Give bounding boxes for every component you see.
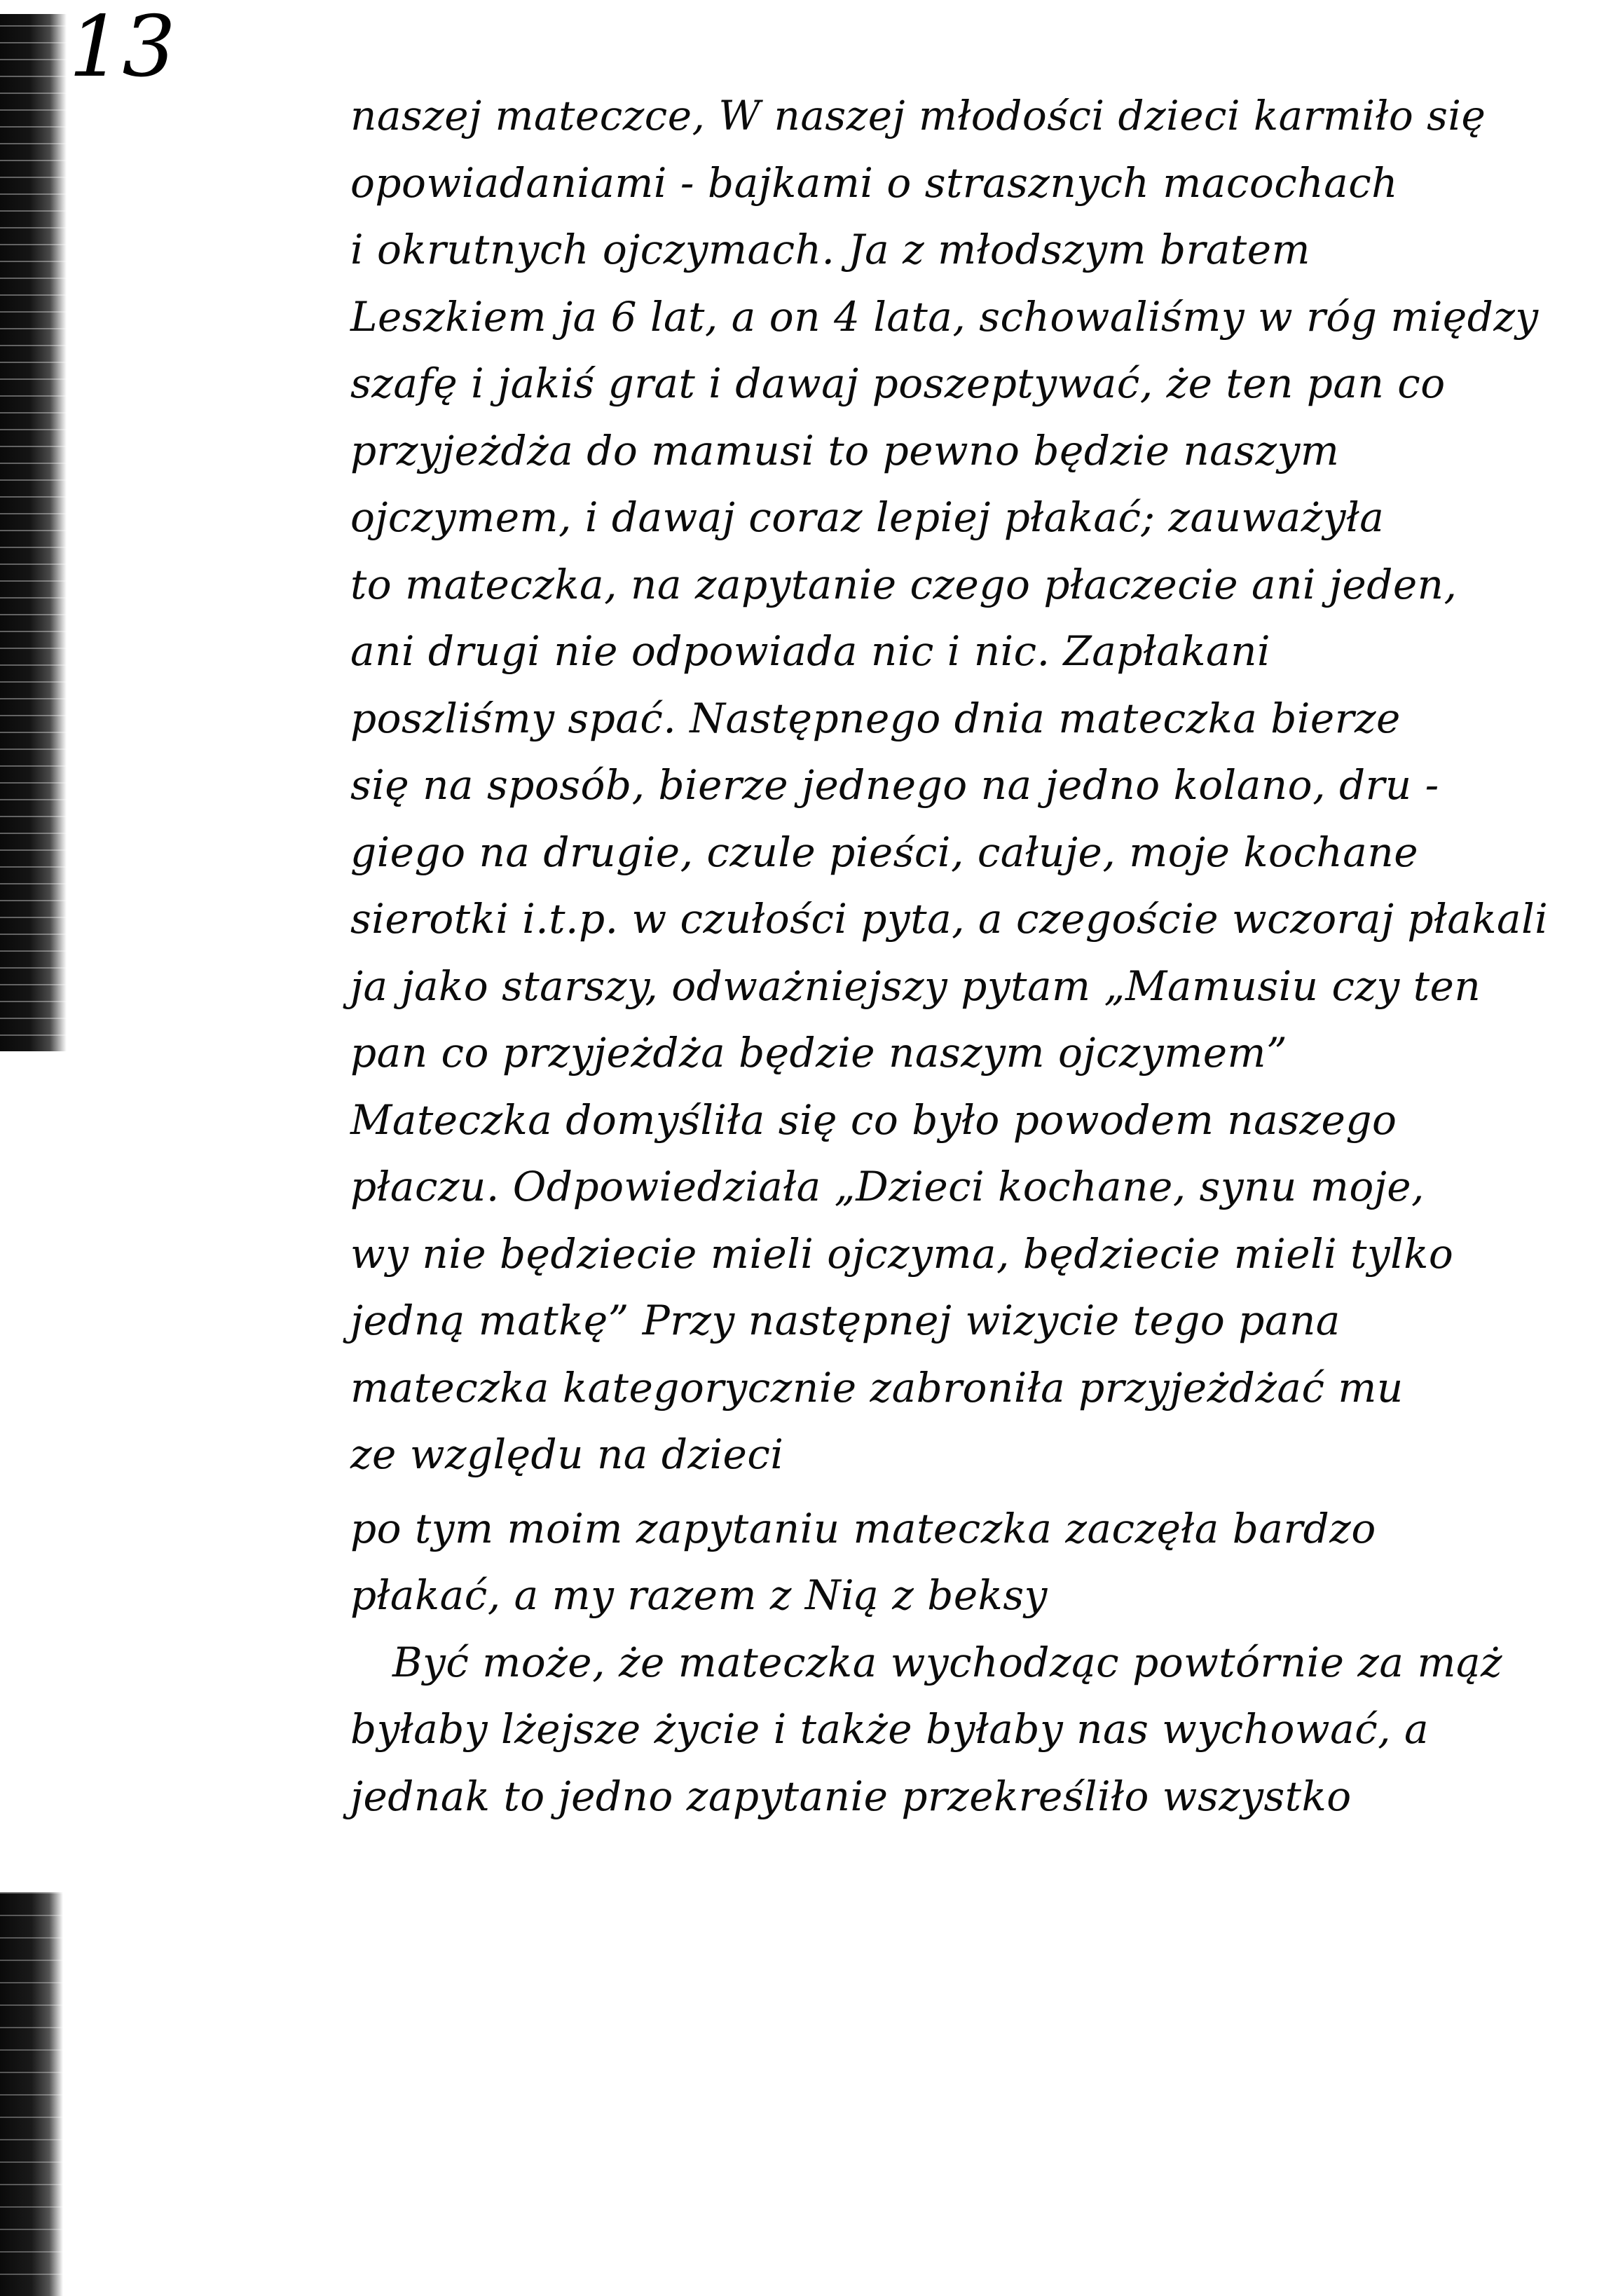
text-line: po tym moim zapytaniu mateczka zaczęła b… <box>350 1496 1584 1563</box>
text-line: naszej mateczce, W naszej młodości dziec… <box>350 83 1584 150</box>
text-line: byłaby lżejsze życie i także byłaby nas … <box>350 1696 1584 1763</box>
text-line: jednak to jedno zapytanie przekreśliło w… <box>350 1763 1584 1831</box>
handwritten-text-block: naszej mateczce, W naszej młodości dziec… <box>350 83 1584 1830</box>
scan-binding-shadow-top <box>0 14 67 1051</box>
text-line: to mateczka, na zapytanie czego płaczeci… <box>350 552 1584 619</box>
manuscript-page: 13 naszej mateczce, W naszej młodości dz… <box>0 0 1611 2296</box>
text-line: ze względu na dzieci <box>350 1421 1584 1489</box>
text-line: przyjeżdża do mamusi to pewno będzie nas… <box>350 418 1584 485</box>
text-line: Leszkiem ja 6 lat, a on 4 lata, schowali… <box>350 284 1584 351</box>
text-line: jedną matkę” Przy następnej wizycie tego… <box>350 1287 1584 1355</box>
scan-binding-shadow-bottom <box>0 1892 63 2296</box>
text-line: giego na drugie, czule pieści, całuje, m… <box>350 819 1584 887</box>
text-line: poszliśmy spać. Następnego dnia mateczka… <box>350 685 1584 753</box>
text-line: wy nie będziecie mieli ojczyma, będzieci… <box>350 1221 1584 1288</box>
text-line: pan co przyjeżdża będzie naszym ojczymem… <box>350 1020 1584 1087</box>
text-line: szafę i jakiś grat i dawaj poszeptywać, … <box>350 350 1584 418</box>
text-line: i okrutnych ojczymach. Ja z młodszym bra… <box>350 217 1584 284</box>
text-line: Być może, że mateczka wychodząc powtórni… <box>350 1629 1584 1697</box>
text-line: płakać, a my razem z Nią z beksy <box>350 1562 1584 1629</box>
text-line: Mateczka domyśliła się co było powodem n… <box>350 1087 1584 1154</box>
page-number: 13 <box>69 6 176 90</box>
text-line: sierotki i.t.p. w czułości pyta, a czego… <box>350 886 1584 953</box>
text-line: się na sposób, bierze jednego na jedno k… <box>350 752 1584 819</box>
text-line: płaczu. Odpowiedziała „Dzieci kochane, s… <box>350 1154 1584 1221</box>
text-line: mateczka kategorycznie zabroniła przyjeż… <box>350 1355 1584 1422</box>
text-line: ja jako starszy, odważniejszy pytam „Mam… <box>350 953 1584 1020</box>
text-line: opowiadaniami - bajkami o strasznych mac… <box>350 150 1584 217</box>
text-line: ojczymem, i dawaj coraz lepiej płakać; z… <box>350 484 1584 552</box>
text-line: ani drugi nie odpowiada nic i nic. Zapła… <box>350 618 1584 685</box>
